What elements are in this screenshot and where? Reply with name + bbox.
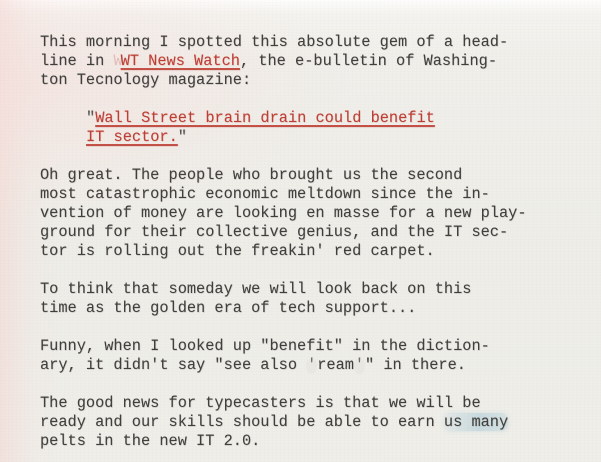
typed-segment-red-underline: WT News Watch <box>121 52 240 70</box>
paragraph: Oh great. The people who brought us the … <box>40 166 580 261</box>
paragraph: To think that someday we will look back … <box>40 280 580 318</box>
typed-line: time as the golden era of tech support..… <box>40 299 580 318</box>
typed-segment: ready and our skills should be able to e… <box>40 413 444 431</box>
typed-segment: ream <box>317 356 354 374</box>
typed-segment: most catastrophic economic meltdown sinc… <box>40 185 490 203</box>
typed-segment-smudge: us many <box>444 413 508 431</box>
typed-line: ground for their collective genius, and … <box>40 223 580 242</box>
typed-segment: The good news for typecasters is that we… <box>40 394 481 412</box>
typed-segment: Oh great. The people who brought us the … <box>40 166 462 184</box>
paragraph: "Wall Street brain drain could benefitIT… <box>40 109 580 147</box>
typed-segment: ton Tecnology magazine: <box>40 71 251 89</box>
typed-line: vention of money are looking en masse fo… <box>40 204 580 223</box>
typed-segment-corrected: ' <box>306 356 317 375</box>
typed-line: ready and our skills should be able to e… <box>40 413 580 432</box>
typed-segment-corrected: ' <box>354 356 365 375</box>
typed-segment: time as the golden era of tech support..… <box>40 299 416 317</box>
typed-segment: vention of money are looking en masse fo… <box>40 204 527 222</box>
typed-line: "Wall Street brain drain could benefit <box>86 109 580 128</box>
typed-line: pelts in the new IT 2.0. <box>40 432 580 451</box>
typed-line: To think that someday we will look back … <box>40 280 580 299</box>
typed-segment: pelts in the new IT 2.0. <box>40 432 260 450</box>
typed-line: ary, it didn't say "see also 'ream'" in … <box>40 356 580 375</box>
typed-segment: line in <box>40 52 113 70</box>
typed-segment: , the e-bulletin of Washing- <box>240 52 497 70</box>
paragraph: Funny, when I looked up "benefit" in the… <box>40 337 580 375</box>
typed-segment: tor is rolling out the freakin' red carp… <box>40 242 435 260</box>
typed-line: ton Tecnology magazine: <box>40 71 580 90</box>
typed-line: tor is rolling out the freakin' red carp… <box>40 242 580 261</box>
typed-segment-quote: " <box>178 128 187 146</box>
typed-line: IT sector." <box>86 128 580 147</box>
typed-segment-red-underline: IT sector. <box>86 128 178 146</box>
typed-line: The good news for typecasters is that we… <box>40 394 580 413</box>
typed-segment: ary, it didn't say "see also <box>40 356 306 374</box>
typed-line: line in WWT News Watch, the e-bulletin o… <box>40 52 580 71</box>
typed-segment-red-underline: Wall Street brain drain could benefit <box>95 109 435 127</box>
typed-segment: Funny, when I looked up "benefit" in the… <box>40 337 490 355</box>
typed-segment: This morning I spotted this absolute gem… <box>40 33 508 51</box>
paragraph: This morning I spotted this absolute gem… <box>40 33 580 90</box>
typed-segment-quote: " <box>86 109 95 127</box>
typed-segment: ground for their collective genius, and … <box>40 223 508 241</box>
typed-line: most catastrophic economic meltdown sinc… <box>40 185 580 204</box>
typed-line: This morning I spotted this absolute gem… <box>40 33 580 52</box>
typed-line: Funny, when I looked up "benefit" in the… <box>40 337 580 356</box>
typewritten-page: This morning I spotted this absolute gem… <box>0 0 601 462</box>
typed-segment: To think that someday we will look back … <box>40 280 471 298</box>
paragraph: The good news for typecasters is that we… <box>40 394 580 451</box>
typed-text: This morning I spotted this absolute gem… <box>40 33 580 462</box>
typed-line: Oh great. The people who brought us the … <box>40 166 580 185</box>
typed-segment: " in there. <box>365 356 466 374</box>
